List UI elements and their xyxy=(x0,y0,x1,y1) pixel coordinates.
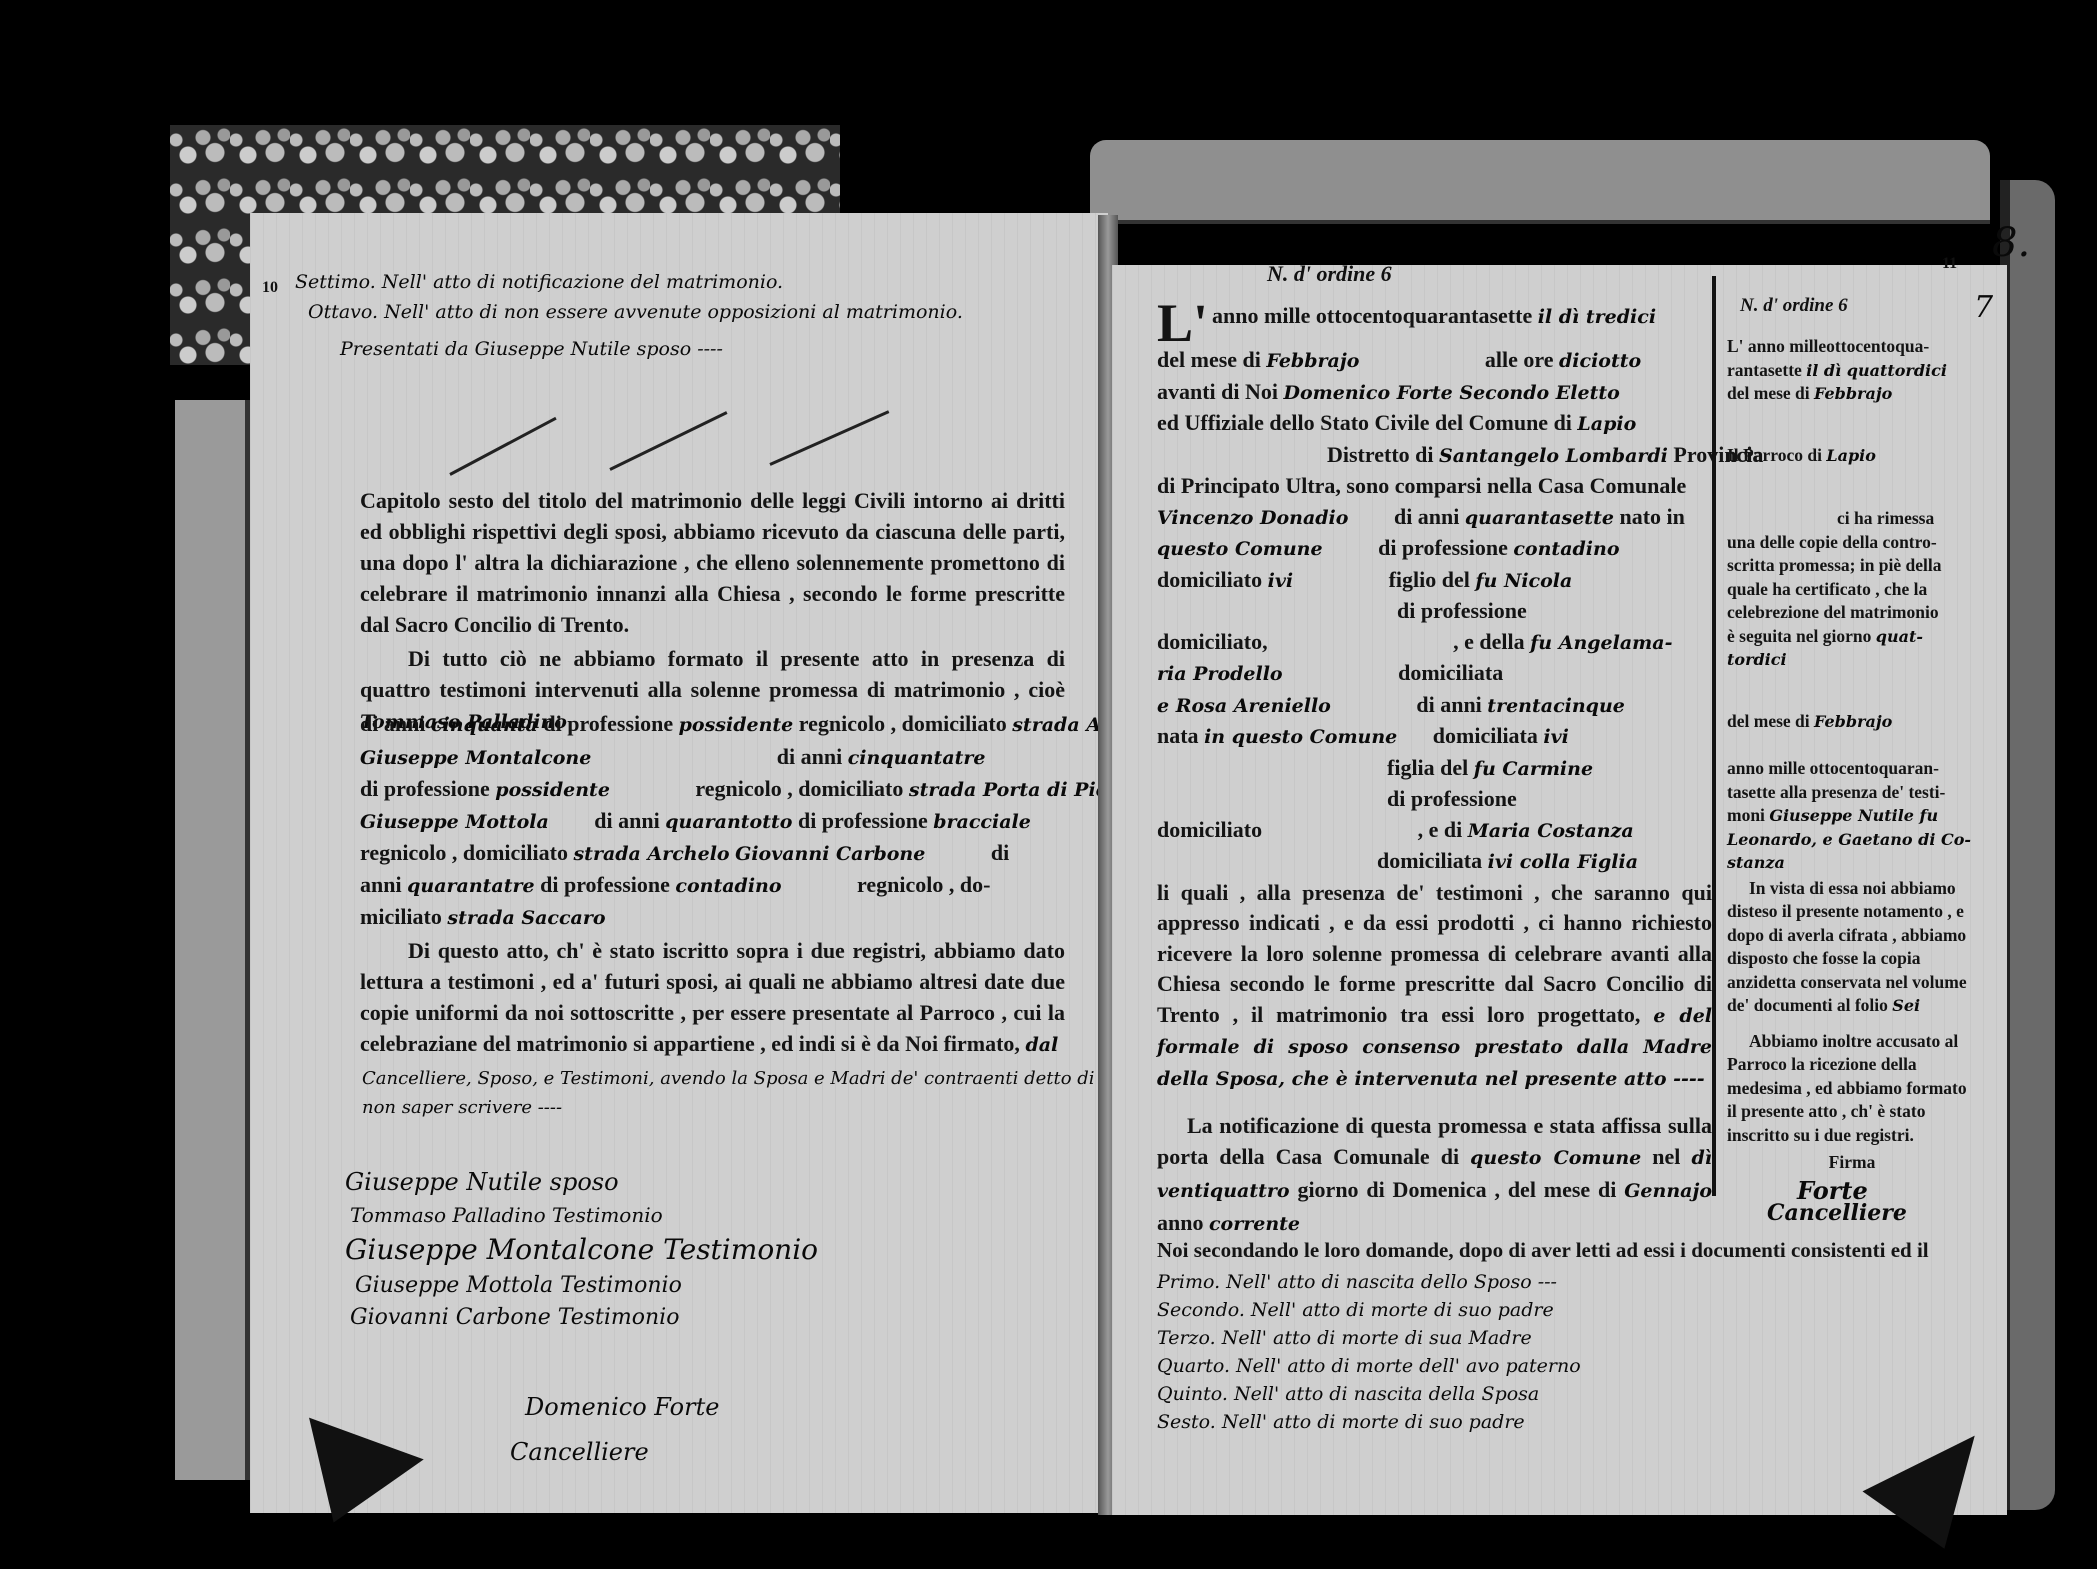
corner-mark: 8. xyxy=(1992,220,2030,266)
margin-signature-cancelliere: Cancelliere xyxy=(1727,1202,1977,1226)
witness-4-name: Giovanni Carbone xyxy=(735,843,925,865)
margin-hand-number: 7 xyxy=(1974,290,1993,325)
witness-1-details: di anni cinquanta di professione posside… xyxy=(360,708,1176,741)
witness-3-row: Giuseppe Mottola di anni quarantotto di … xyxy=(360,805,1031,838)
strike-mark xyxy=(449,417,556,476)
left-page-stack xyxy=(175,400,251,1480)
document-item: Quinto. Nell' atto di nascita della Spos… xyxy=(1157,1380,1581,1408)
document-item: Secondo. Nell' atto di morte di suo padr… xyxy=(1157,1296,1581,1324)
right-page-stack-edge xyxy=(2000,180,2055,1510)
column-divider xyxy=(1712,276,1716,1196)
signature-witness-2: Giuseppe Montalcone Testimonio xyxy=(345,1233,818,1266)
witness-4-details: anni quarantatre di professione contadin… xyxy=(360,869,990,902)
witness-2-row: Giuseppe Montalcone di anni cinquantatre xyxy=(360,741,986,774)
printed-paragraph-reading: Di questo atto, ch' è stato iscritto sop… xyxy=(360,935,1065,1061)
document-item: Primo. Nell' atto di nascita dello Sposo… xyxy=(1157,1268,1581,1296)
document-item: Quarto. Nell' atto di morte dell' avo pa… xyxy=(1157,1352,1581,1380)
handwritten-closing: Cancelliere, Sposo, e Testimoni, avendo … xyxy=(362,1068,1095,1089)
signature-sposo: Giuseppe Nutile sposo xyxy=(345,1168,619,1196)
documents-list: Primo. Nell' atto di nascita dello Sposo… xyxy=(1157,1268,1581,1436)
margin-body: L' anno milleottocentoqua- rantasette il… xyxy=(1727,335,1977,1226)
record-body: L'anno mille ottocentoquarantasette il d… xyxy=(1157,301,1712,1094)
page-number: 11 xyxy=(1942,255,1957,273)
signature-cancelliere: Cancelliere xyxy=(510,1438,649,1466)
margin-signature-forte: Forte xyxy=(1727,1179,1977,1203)
left-page: 10 Settimo. Nell' atto di notificazione … xyxy=(250,213,1108,1513)
right-page-stack-top xyxy=(1090,140,1990,224)
handwritten-presented-by: Presentati da Giuseppe Nutile sposo ---- xyxy=(340,338,723,360)
witness-2-details: di professione possidente regnicolo , do… xyxy=(360,773,1128,806)
handwritten-note-settimo: Settimo. Nell' atto di notificazione del… xyxy=(295,271,783,293)
document-item: Terzo. Nell' atto di morte di sua Madre xyxy=(1157,1324,1581,1352)
firma-label: Firma xyxy=(1727,1151,1977,1175)
document-item: Sesto. Nell' atto di morte di suo padre xyxy=(1157,1408,1581,1436)
signature-witness-3: Giuseppe Mottola Testimonio xyxy=(355,1273,682,1298)
documents-intro: Noi secondando le loro domande, dopo di … xyxy=(1157,1235,1929,1266)
page-number: 10 xyxy=(262,279,278,297)
record-heading: N. d' ordine 6 xyxy=(1267,261,1392,287)
handwritten-note-ottavo: Ottavo. Nell' atto di non essere avvenut… xyxy=(308,301,963,323)
margin-heading: N. d' ordine 6 xyxy=(1740,295,1848,317)
witness-3-details: regnicolo , domiciliato strada Archelo G… xyxy=(360,837,1009,870)
dropcap: L' xyxy=(1157,301,1208,345)
signature-witness-1: Tommaso Palladino Testimonio xyxy=(350,1203,663,1227)
signature-officer: Domenico Forte xyxy=(525,1393,719,1421)
notification-paragraph: La notificazione di questa promessa e st… xyxy=(1157,1110,1712,1240)
strike-mark xyxy=(609,411,727,471)
signature-witness-4: Giovanni Carbone Testimonio xyxy=(350,1305,679,1330)
strike-mark xyxy=(769,410,889,466)
handwritten-closing-2: non saper scrivere ---- xyxy=(362,1097,562,1118)
printed-paragraph-capitolo: Capitolo sesto del titolo del matrimonio… xyxy=(360,485,1065,640)
witness-4-domicile: miciliato strada Saccaro xyxy=(360,901,606,934)
right-page: 8. 11 N. d' ordine 6 L'anno mille ottoce… xyxy=(1112,265,2007,1515)
